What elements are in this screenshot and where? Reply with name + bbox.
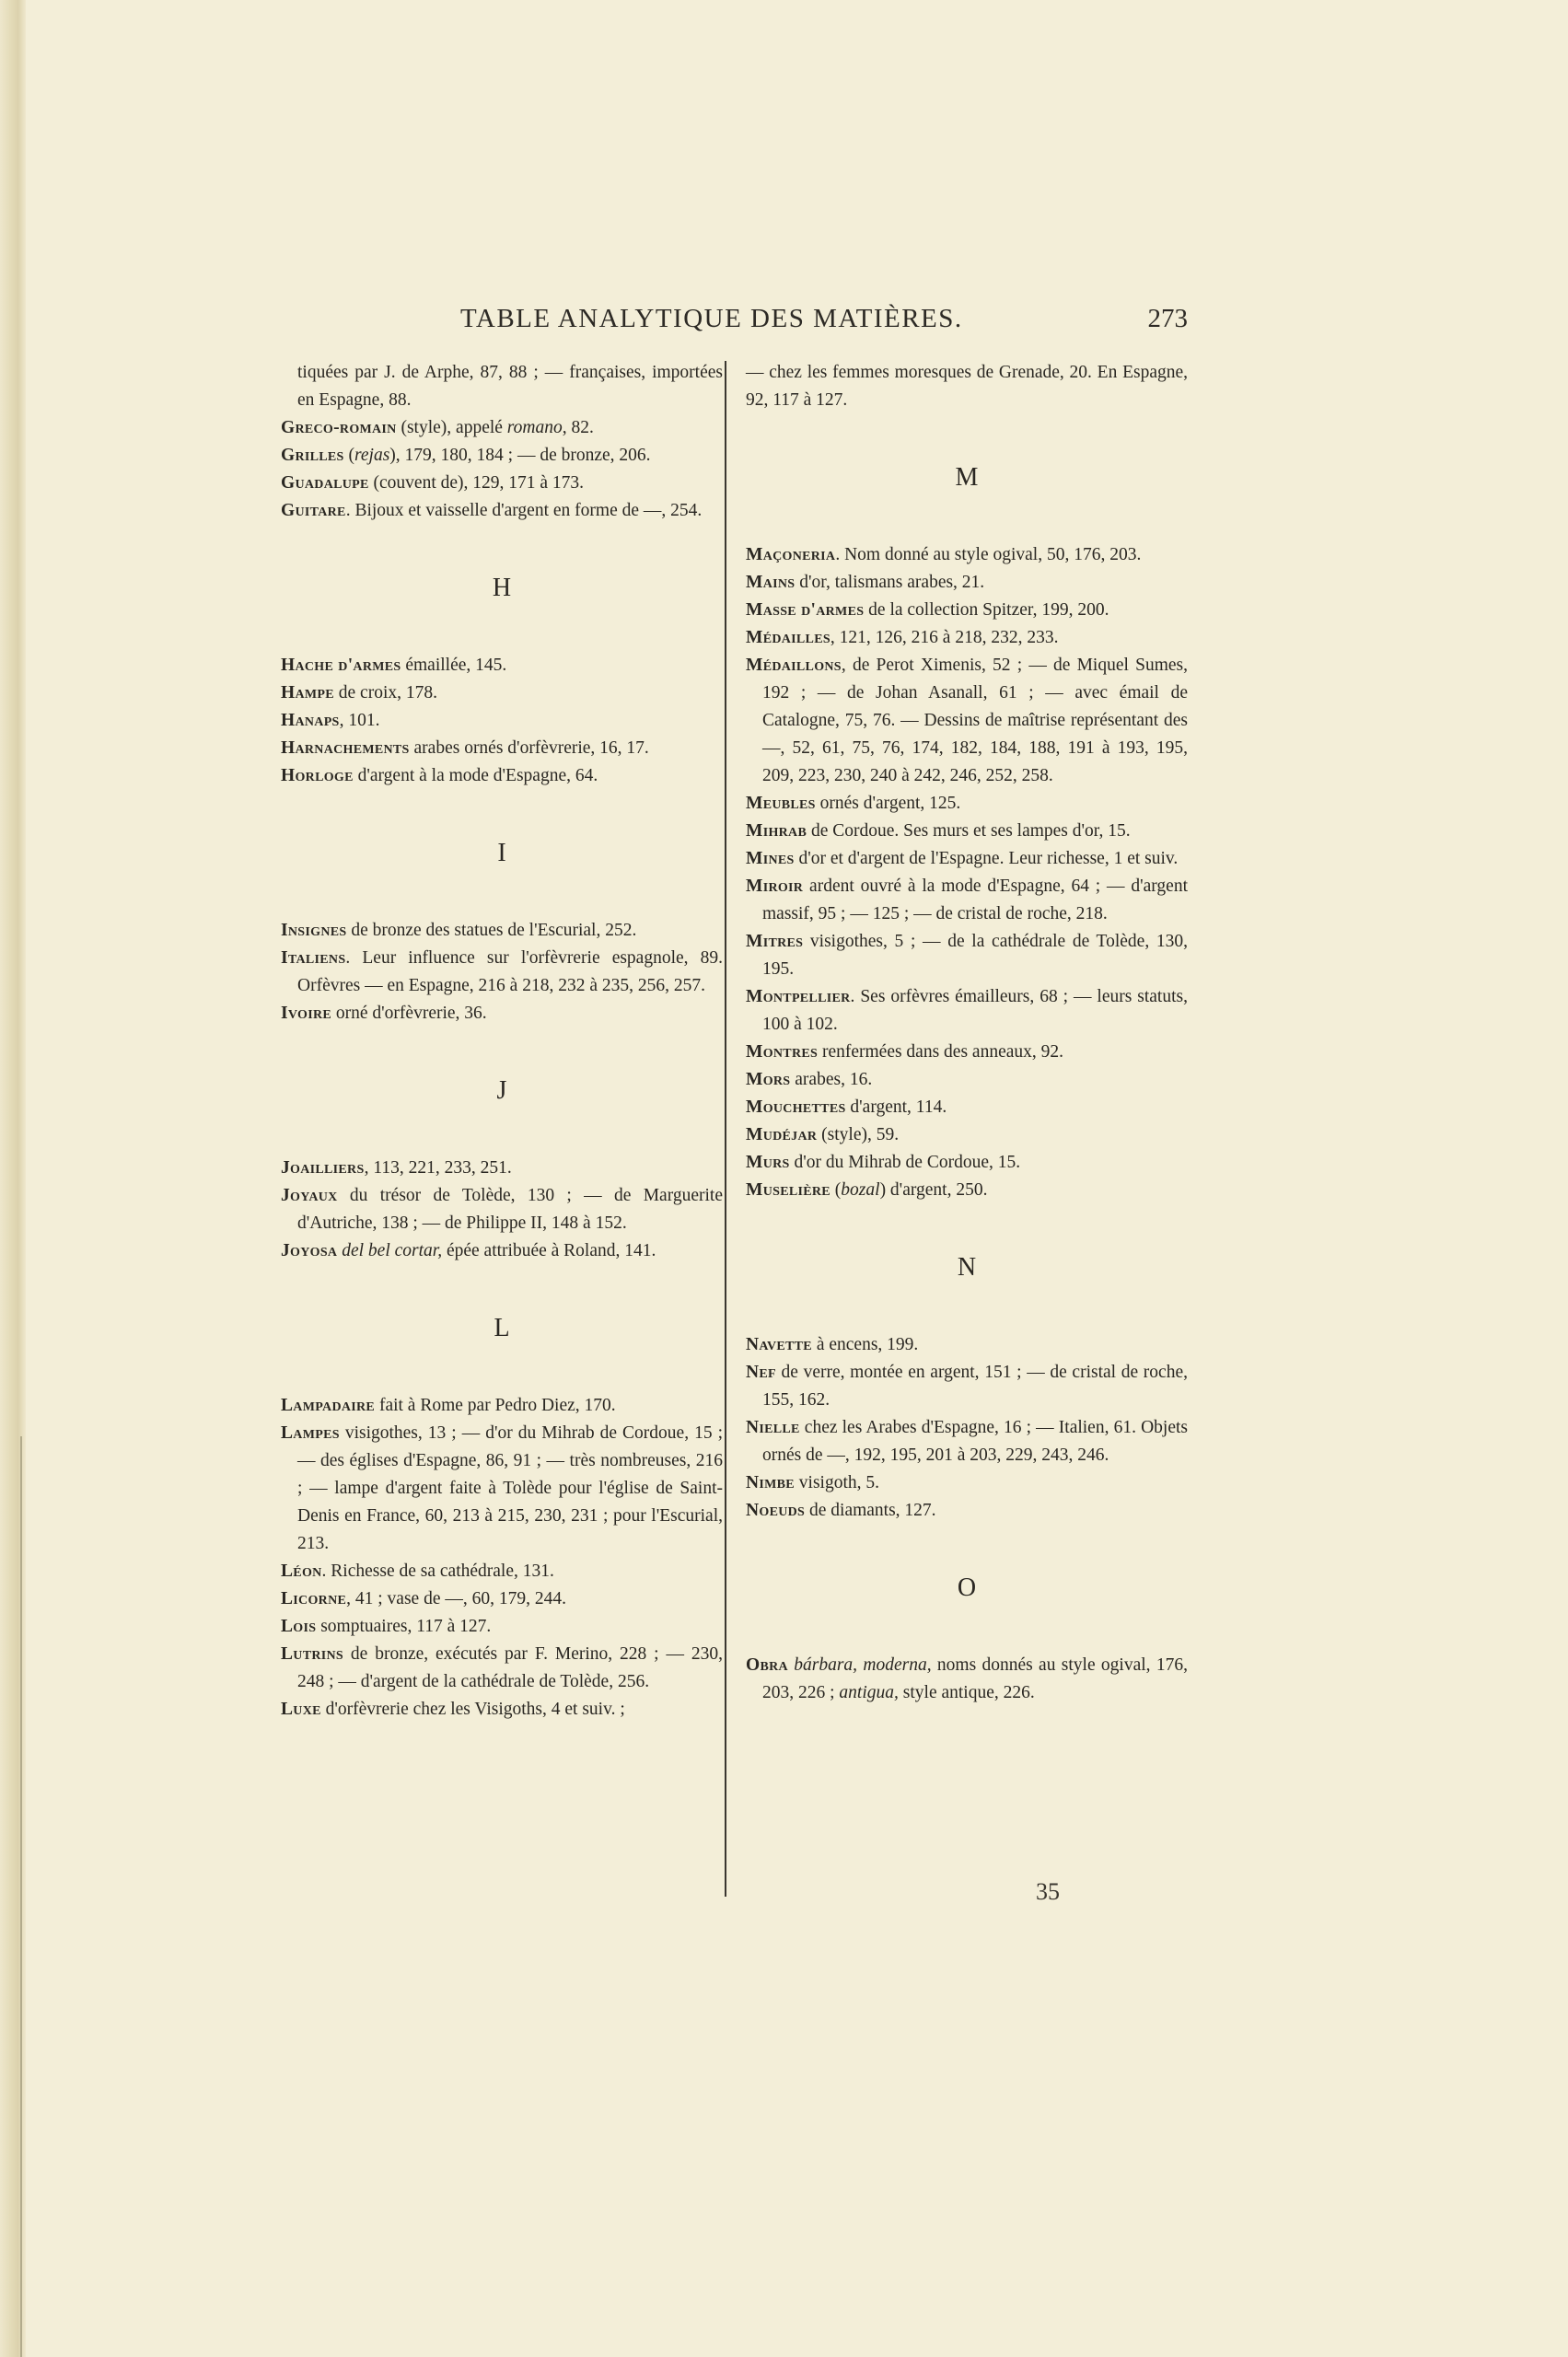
index-entry: Navette à encens, 199. [746, 1331, 1188, 1359]
index-entry: Montres renfermées dans des anneaux, 92. [746, 1039, 1188, 1066]
page-header: TABLE ANALYTIQUE DES MATIÈRES. 273 [460, 304, 1197, 341]
index-entry: Meubles ornés d'argent, 125. [746, 790, 1188, 818]
index-entry: Léon. Richesse de sa cathédrale, 131. [281, 1558, 723, 1585]
running-title: TABLE ANALYTIQUE DES MATIÈRES. [460, 304, 963, 334]
section-letter-m: M [746, 414, 1188, 541]
index-entry: Lois somptuaires, 117 à 127. [281, 1613, 723, 1641]
index-entry: Joyosa del bel cortar, épée attribuée à … [281, 1237, 723, 1265]
entry-head: Grilles [281, 446, 344, 465]
index-entry: Guadalupe (couvent de), 129, 171 à 173. [281, 470, 723, 497]
index-entry: Médailles, 121, 126, 216 à 218, 232, 233… [746, 624, 1188, 652]
index-entry: Mudéjar (style), 59. [746, 1121, 1188, 1149]
index-entry: Horloge d'argent à la mode d'Espagne, 64… [281, 762, 723, 790]
index-entry: Mihrab de Cordoue. Ses murs et ses lampe… [746, 818, 1188, 845]
index-entry: Hanaps, 101. [281, 707, 723, 735]
index-entry: Mouchettes d'argent, 114. [746, 1094, 1188, 1121]
entry-head: Guitare [281, 501, 346, 520]
index-entry: Montpellier. Ses orfèvres émailleurs, 68… [746, 983, 1188, 1039]
index-entry: Mitres visigothes, 5 ; — de la cathédral… [746, 928, 1188, 983]
section-letter-i: I [281, 790, 723, 917]
index-entry: Médaillons, de Perot Ximenis, 52 ; — de … [746, 652, 1188, 790]
index-entry: Nielle chez les Arabes d'Espagne, 16 ; —… [746, 1414, 1188, 1469]
index-entry: Mains d'or, talismans arabes, 21. [746, 569, 1188, 597]
index-entry: Joyaux du trésor de Tolède, 130 ; — de M… [281, 1182, 723, 1237]
index-entry: Masse d'armes de la collection Spitzer, … [746, 597, 1188, 624]
index-entry: Hampe de croix, 178. [281, 679, 723, 707]
index-entry: Insignes de bronze des statues de l'Escu… [281, 917, 723, 945]
section-letter-n: N [746, 1204, 1188, 1331]
column-divider [725, 361, 726, 1897]
section-letter-j: J [281, 1028, 723, 1155]
index-entry: Guitare. Bijoux et vaisselle d'argent en… [281, 497, 723, 525]
left-column: tiquées par J. de Arphe, 87, 88 ; — fran… [281, 359, 723, 1724]
entry-head: Guadalupe [281, 473, 369, 493]
signature-mark: 35 [1036, 1878, 1060, 1906]
index-entry: Luxe d'orfèvrerie chez les Visigoths, 4 … [281, 1696, 723, 1724]
index-entry: Murs d'or du Mihrab de Cordoue, 15. [746, 1149, 1188, 1177]
index-entry: Licorne, 41 ; vase de —, 60, 179, 244. [281, 1585, 723, 1613]
index-entry: Lampadaire fait à Rome par Pedro Diez, 1… [281, 1392, 723, 1420]
index-entry-continuation: tiquées par J. de Arphe, 87, 88 ; — fran… [281, 359, 723, 414]
index-entry: Hache d'armes émaillée, 145. [281, 652, 723, 679]
index-entry: Mines d'or et d'argent de l'Espagne. Leu… [746, 845, 1188, 873]
page-number: 273 [1148, 304, 1189, 334]
index-entry: Lampes visigothes, 13 ; — d'or du Mihrab… [281, 1420, 723, 1558]
index-entry: Mors arabes, 16. [746, 1066, 1188, 1094]
index-entry: Italiens. Leur influence sur l'orfèvreri… [281, 945, 723, 1000]
index-entry: Muselière (bozal) d'argent, 250. [746, 1177, 1188, 1204]
section-letter-o: O [746, 1525, 1188, 1652]
index-entry: Harnachements arabes ornés d'orfèvrerie,… [281, 735, 723, 762]
index-entry: Nimbe visigoth, 5. [746, 1469, 1188, 1497]
index-entry: Grilles (rejas), 179, 180, 184 ; — de br… [281, 442, 723, 470]
index-entry: Obra bárbara, moderna, noms donnés au st… [746, 1652, 1188, 1707]
index-entry: Greco-romain (style), appelé romano, 82. [281, 414, 723, 442]
index-entry: Nef de verre, montée en argent, 151 ; — … [746, 1359, 1188, 1414]
right-column: — chez les femmes moresques de Grenade, … [746, 359, 1188, 1707]
index-entry: Noeuds de diamants, 127. [746, 1497, 1188, 1525]
index-entry: Ivoire orné d'orfèvrerie, 36. [281, 1000, 723, 1028]
index-entry: Miroir ardent ouvré à la mode d'Espagne,… [746, 873, 1188, 928]
index-entry-continuation: — chez les femmes moresques de Grenade, … [746, 359, 1188, 414]
index-entry: Lutrins de bronze, exécutés par F. Merin… [281, 1641, 723, 1696]
section-letter-h: H [281, 525, 723, 652]
index-entry: Maçoneria. Nom donné au style ogival, 50… [746, 541, 1188, 569]
index-entry: Joailliers, 113, 221, 233, 251. [281, 1155, 723, 1182]
section-letter-l: L [281, 1265, 723, 1392]
entry-head: Greco-romain [281, 418, 397, 437]
gutter-line [20, 1436, 22, 2357]
